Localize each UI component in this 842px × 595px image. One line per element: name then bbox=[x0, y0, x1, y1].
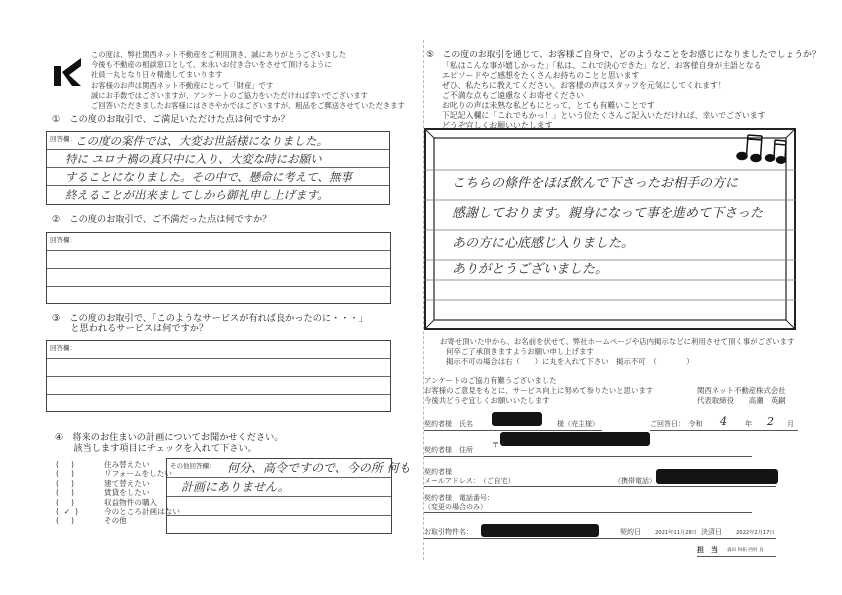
q5-answer-line: ありがとうございました。 bbox=[452, 258, 608, 277]
plan-checkbox[interactable]: ( ) bbox=[56, 516, 104, 525]
publication-note: お寄せ頂いた中から、お名前を伏せて、弊社ホームページや店内掲示などに利用させて頂… bbox=[440, 337, 794, 368]
plan-option-label: リフォームをしたい bbox=[104, 469, 172, 478]
redacted-address bbox=[500, 432, 650, 446]
q5-answer-line: あの方に心底感じ入りました。 bbox=[452, 232, 634, 251]
plan-option-label: 賃貸をしたい bbox=[104, 488, 150, 497]
plan-option[interactable]: ( )その他 bbox=[56, 516, 180, 525]
address-label: 契約者様 住所 bbox=[424, 445, 473, 455]
music-notes-icon bbox=[734, 130, 790, 166]
plan-option-label: 収益物件の購入 bbox=[104, 498, 157, 507]
q5-answer-line: こちらの條件をほぼ飲んで下さったお相手の方に bbox=[452, 172, 738, 191]
plan-option-label: その他 bbox=[104, 516, 127, 525]
plan-checkbox[interactable]: ( ) bbox=[56, 488, 104, 497]
plan-option-label: 住み替えたい bbox=[104, 460, 150, 469]
settlement-label: 決済日 bbox=[701, 527, 722, 537]
answer-month: 2 bbox=[767, 415, 774, 428]
staff-field: 担 当 森田 和拓 西村 良 bbox=[697, 546, 776, 557]
email-field[interactable]: 契約者様 メールアドレス： （ご自宅） （携帯電話） bbox=[424, 468, 776, 487]
staff-names: 森田 和拓 西村 良 bbox=[727, 547, 764, 553]
answer-date-label: ご回答日： 令和 bbox=[650, 419, 703, 429]
redacted-property bbox=[481, 524, 599, 537]
name-suffix: 様（売主様） bbox=[557, 419, 599, 429]
plan-option[interactable]: ( )リフォームをしたい bbox=[56, 469, 180, 478]
answer-label: 回答欄： bbox=[50, 343, 76, 352]
name-field[interactable]: 契約者様 氏名 様（売主様） bbox=[424, 418, 602, 431]
contract-date-label: 契約日 bbox=[620, 527, 641, 537]
other-answer-label: その他回答欄： bbox=[170, 461, 216, 470]
plan-checkbox[interactable]: ( ) bbox=[56, 479, 104, 488]
q5-question: ⑤ この度のお取引を通じて、お客様ご自身で、どのようなことをお感じになりましたで… bbox=[426, 50, 821, 61]
k-logo-icon bbox=[54, 58, 82, 86]
intro-line: 社員一丸となり日々精進してまいります bbox=[91, 70, 405, 80]
plan-option[interactable]: ( )収益物件の購入 bbox=[56, 498, 180, 507]
q3-answer-box[interactable]: 回答欄： bbox=[46, 340, 391, 412]
name-label: 契約者様 氏名 bbox=[424, 419, 473, 429]
plan-checkbox[interactable]: ( ) bbox=[56, 498, 104, 507]
q2-question: ② この度のお取引で、ご不満だった点は何ですか？ bbox=[52, 214, 271, 225]
answer-year: 4 bbox=[720, 415, 727, 428]
q4-other-line: 計画にありません。 bbox=[181, 478, 290, 495]
q4-other-line: 何分、高令ですので、今の所 何も bbox=[227, 459, 411, 476]
plan-option[interactable]: ( )賃貸をしたい bbox=[56, 488, 180, 497]
intro-line: ご回答いただきましたお客様にはささやかではございますが、粗品をご郵送させていただ… bbox=[91, 101, 405, 111]
q4-question: ④ 将来のお住まいの計画についてお聞かせください。 該当します項目にチェックを入… bbox=[55, 433, 284, 454]
redacted-name bbox=[492, 412, 542, 426]
publication-opt-out[interactable]: 掲示不可の場合は右（ ）に丸を入れて下さい 掲示不可 （ ） bbox=[446, 357, 794, 367]
postal-mark: 〒 bbox=[492, 440, 499, 450]
contract-date: 2021年11月28日 bbox=[655, 529, 697, 536]
plan-checkbox[interactable]: ( ✓ ) bbox=[56, 507, 104, 516]
q5-intro: ⑤ この度のお取引を通じて、お客様ご自身で、どのようなことをお感じになりましたで… bbox=[426, 50, 821, 131]
plan-option[interactable]: ( )住み替えたい bbox=[56, 460, 180, 469]
q2-answer-box[interactable]: 回答欄： bbox=[46, 232, 391, 304]
address-field[interactable]: 契約者様 住所 〒 bbox=[424, 444, 752, 457]
company-name: 関西ネット不動産株式会社 bbox=[697, 386, 786, 396]
company-logo bbox=[54, 58, 82, 86]
property-field[interactable]: お取引物件名： 契約日 2021年11月28日 決済日 2022年2月17日 bbox=[424, 527, 776, 539]
phone-field[interactable]: 契約者様 電話番号： （変更の場合のみ） bbox=[424, 494, 752, 513]
intro-text: この度は、弊社関西ネット不動産をご利用頂き、誠にありがとうございました 今後も不… bbox=[91, 50, 405, 111]
plan-checkbox[interactable]: ( ) bbox=[56, 460, 104, 469]
q4-options: ( )住み替えたい( )リフォームをしたい( )建て替えたい( )賃貸をしたい(… bbox=[56, 460, 180, 526]
redacted-mobile bbox=[656, 469, 778, 484]
plan-checkbox[interactable]: ( ) bbox=[56, 469, 104, 478]
answer-label: 回答欄： bbox=[50, 134, 76, 143]
q1-answer-line: することになりました。その中で、懸命に考えて、無事 bbox=[65, 169, 352, 185]
mobile-label: （携帯電話） bbox=[614, 476, 656, 486]
representative-name: 代表取締役 高瀬 英嗣 bbox=[697, 396, 786, 406]
q1-answer-line: 特に ユロナ禍の真只中に入り、大変な時にお願い bbox=[65, 151, 322, 167]
q1-answer-box[interactable]: 回答欄： この度の案件では、大変お世話様になりました。 特に ユロナ禍の真只中に… bbox=[46, 131, 390, 205]
staff-label: 担 当 bbox=[697, 545, 718, 555]
plan-option-label: 建て替えたい bbox=[104, 479, 150, 488]
answer-date-field[interactable]: ご回答日： 令和 4 年 2 月 bbox=[650, 418, 798, 431]
email-label: メールアドレス： （ご自宅） bbox=[424, 476, 515, 486]
q1-answer-line: この度の案件では、大変お世話様になりました。 bbox=[75, 133, 328, 149]
q5-answer-frame[interactable]: こちらの條件をほぼ飲んで下さったお相手の方に 感謝しております。親身になって事を… bbox=[424, 128, 796, 330]
q5-answer-line: 感謝しております。親身になって事を進めて下さった bbox=[452, 202, 763, 221]
intro-line: 誠にお手数ではございますが、アンケートのご協力をいただければ幸いでございます bbox=[91, 91, 405, 101]
q4-other-box[interactable]: その他回答欄： 何分、高令ですので、今の所 何も 計画にありません。 bbox=[166, 458, 392, 534]
property-label: お取引物件名： bbox=[424, 527, 473, 537]
q1-answer-line: 終えることが出来ましてしから御礼申し上げます。 bbox=[65, 187, 329, 203]
settlement-date: 2022年2月17日 bbox=[736, 529, 775, 536]
company-signature: 関西ネット不動産株式会社 代表取締役 高瀬 英嗣 bbox=[697, 386, 786, 406]
q3-question: ③ この度のお取引で、「このようなサービスが有れば良かったのに・・・」 と思われ… bbox=[52, 314, 368, 334]
closing-text: アンケートのご協力有難うございました お客様のご意見をもとに、サービス向上に努め… bbox=[424, 376, 653, 407]
plan-option[interactable]: ( )建て替えたい bbox=[56, 479, 180, 488]
intro-line: お客様のお声は関西ネット不動産にとって「財産」です bbox=[91, 81, 405, 91]
intro-line: 今後も不動産の相談窓口として、末永いお付き合いをさせて頂けるように bbox=[91, 60, 405, 70]
q1-question: ① この度のお取引で、ご満足いただけた点は何ですか？ bbox=[52, 114, 290, 125]
intro-line: この度は、弊社関西ネット不動産をご利用頂き、誠にありがとうございました bbox=[91, 50, 405, 60]
answer-label: 回答欄： bbox=[50, 235, 76, 244]
